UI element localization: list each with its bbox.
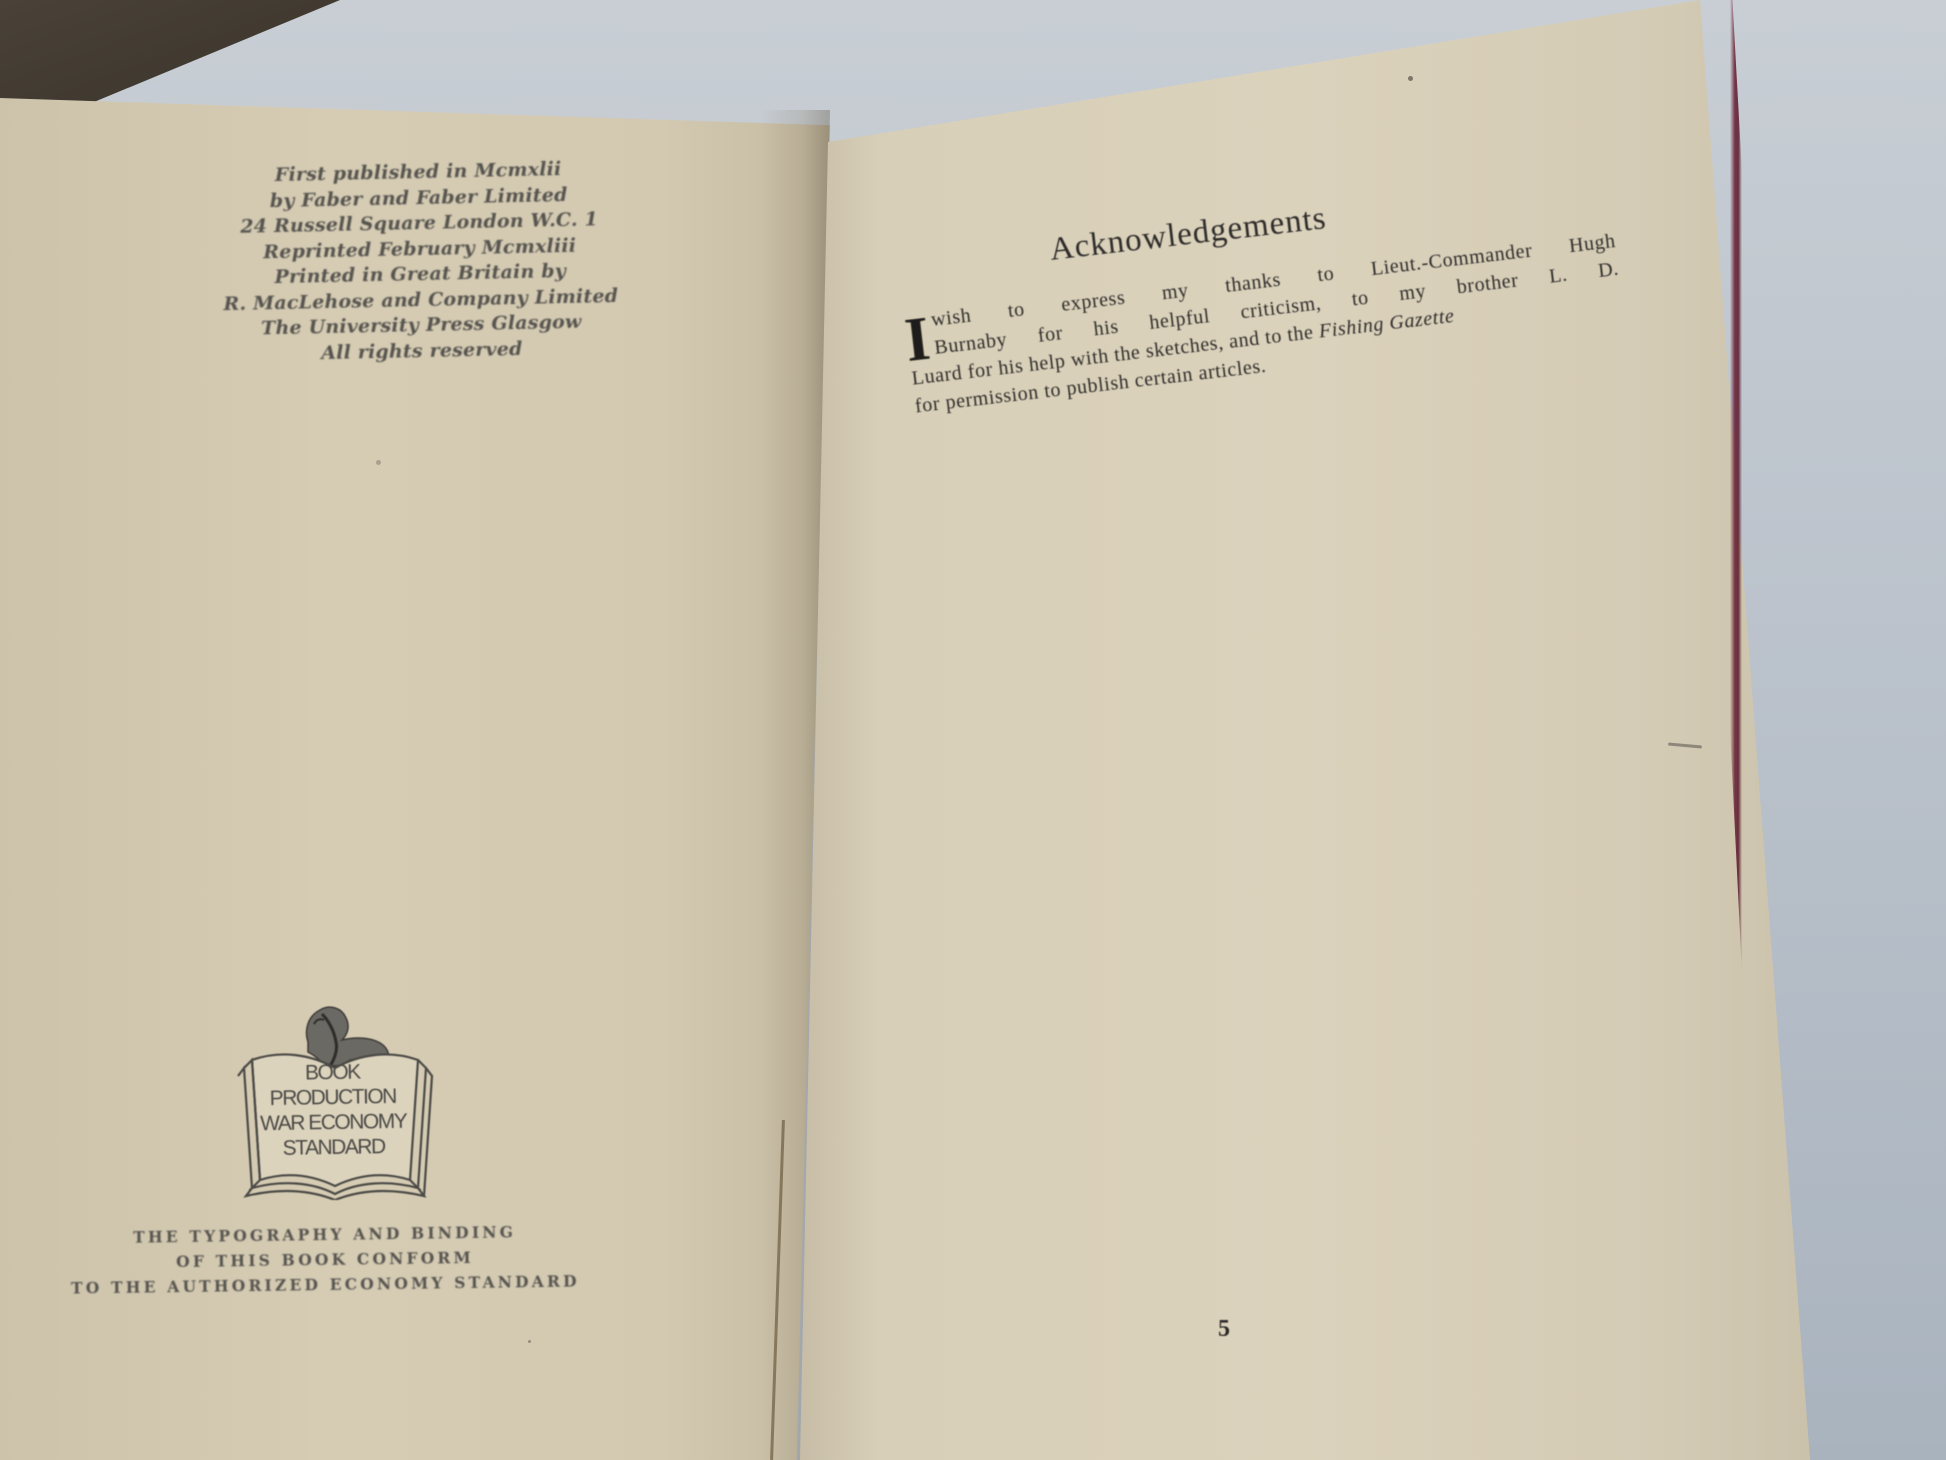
word: to bbox=[1006, 295, 1026, 325]
word: to bbox=[1350, 284, 1370, 314]
emblem-line: STANDARD bbox=[258, 1134, 408, 1162]
emblem-line: BOOK bbox=[257, 1059, 407, 1087]
word: my bbox=[1160, 276, 1190, 307]
paper-speck bbox=[1408, 76, 1413, 81]
emblem-line: PRODUCTION bbox=[258, 1084, 408, 1112]
word: to bbox=[1316, 260, 1336, 290]
word: his bbox=[1092, 313, 1120, 344]
emblem-line: WAR ECONOMY bbox=[258, 1109, 408, 1137]
paper-speck bbox=[376, 460, 381, 465]
dark-object-background bbox=[0, 0, 340, 110]
photo-scene: First published in Mcmxlii by Faber and … bbox=[0, 0, 1946, 1460]
word: D. bbox=[1597, 255, 1621, 285]
imprint-block: First published in Mcmxlii by Faber and … bbox=[203, 156, 637, 369]
emblem-text: BOOK PRODUCTION WAR ECONOMY STANDARD bbox=[257, 1059, 409, 1162]
war-economy-emblem: BOOK PRODUCTION WAR ECONOMY STANDARD bbox=[230, 990, 440, 1200]
paper-speck bbox=[528, 1340, 531, 1343]
word: my bbox=[1398, 277, 1428, 308]
page-number: 5 bbox=[1218, 1316, 1230, 1343]
word: L. bbox=[1548, 261, 1570, 291]
word: for bbox=[1036, 319, 1064, 350]
economy-standard-note: THE TYPOGRAPHY AND BINDING OF THIS BOOK … bbox=[55, 1218, 596, 1301]
